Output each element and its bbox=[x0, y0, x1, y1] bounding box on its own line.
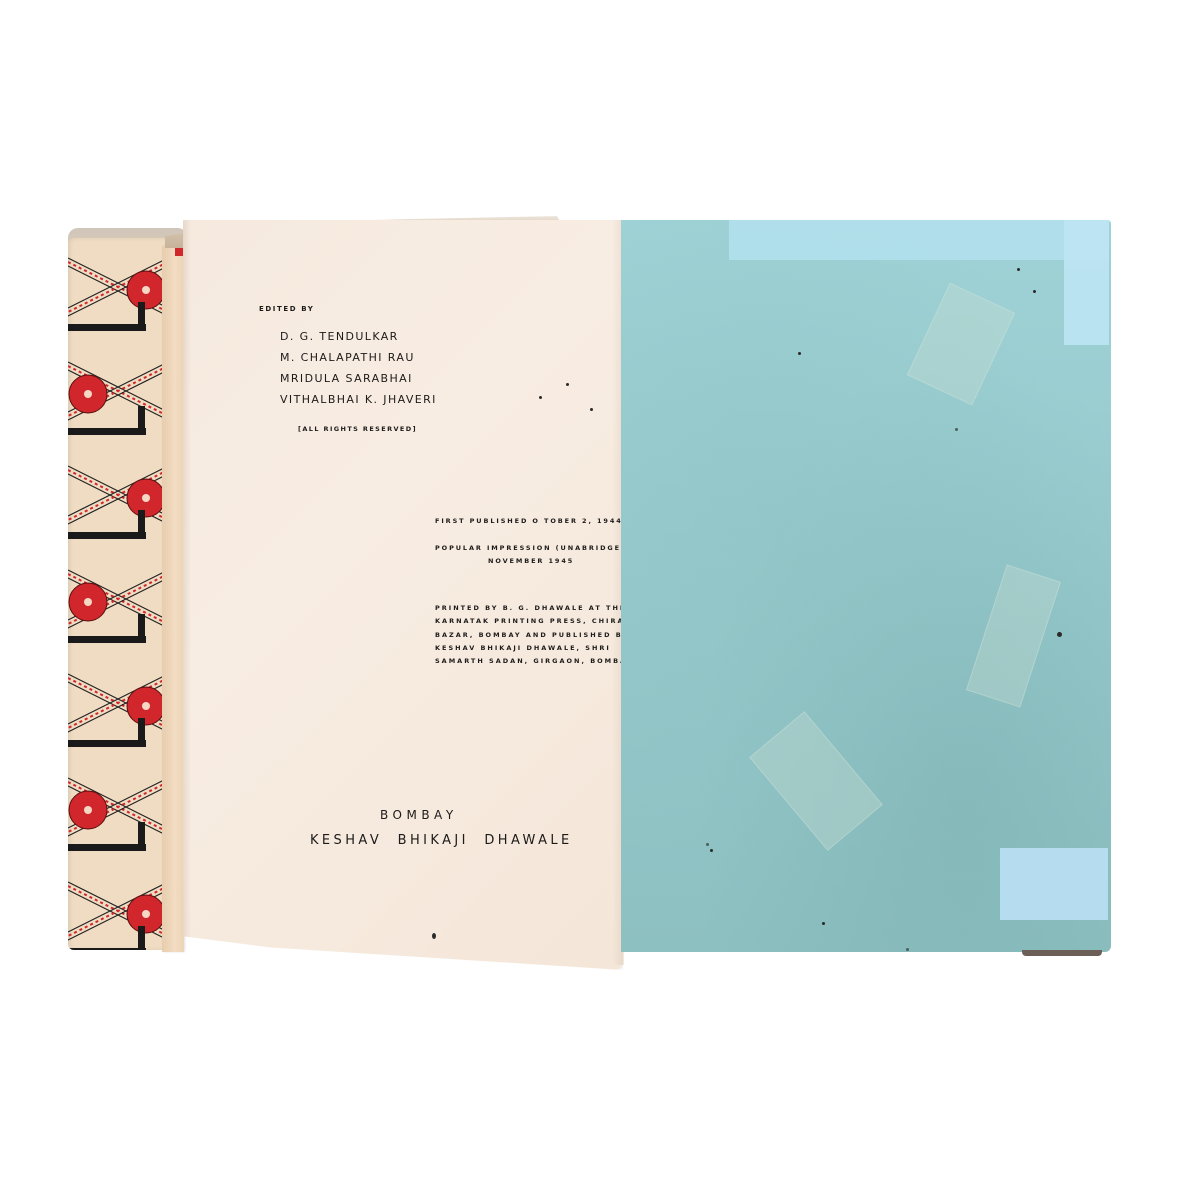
paper-speck bbox=[710, 849, 713, 852]
publisher-name: KESHAV BHIKAJI DHAWALE bbox=[310, 833, 573, 848]
paper-speck bbox=[1057, 632, 1062, 637]
publisher-city: BOMBAY bbox=[380, 808, 458, 822]
paper-speck bbox=[1017, 268, 1020, 271]
printer-line: BAZAR, BOMBAY AND PUBLISHED BY bbox=[435, 629, 644, 642]
spine-pattern bbox=[68, 238, 168, 950]
editor-name: D. G. TENDULKAR bbox=[280, 326, 437, 347]
paper-speck bbox=[1033, 290, 1036, 293]
editor-list: D. G. TENDULKAR M. CHALAPATHI RAU MRIDUL… bbox=[280, 326, 437, 410]
editor-name: M. CHALAPATHI RAU bbox=[280, 347, 437, 368]
paper-speck bbox=[590, 408, 593, 411]
page-crease bbox=[183, 220, 191, 970]
paper-speck bbox=[955, 428, 958, 431]
first-published-line: FIRST PUBLISHED O TOBER 2, 1944 bbox=[435, 517, 623, 525]
popular-impression-date: NOVEMBER 1945 bbox=[488, 557, 574, 565]
paper-speck bbox=[432, 933, 436, 939]
printer-block: PRINTED BY B. G. DHAWALE AT THE KARNATAK… bbox=[435, 602, 644, 668]
paper-speck bbox=[539, 396, 542, 399]
printer-line: KARNATAK PRINTING PRESS, CHIRA bbox=[435, 615, 644, 628]
cover-board-edge bbox=[162, 246, 184, 952]
board-bottom-edge bbox=[1022, 950, 1102, 956]
paper-speck bbox=[822, 922, 825, 925]
paper-speck bbox=[906, 948, 909, 951]
edited-by-label: EDITED BY bbox=[259, 305, 314, 313]
book-photo: EDITED BY D. G. TENDULKAR M. CHALAPATHI … bbox=[0, 0, 1200, 1200]
editor-name: VITHALBHAI K. JHAVERI bbox=[280, 389, 437, 410]
tape-strip-top bbox=[729, 220, 1109, 260]
popular-impression-line: POPULAR IMPRESSION (UNABRIDGED) bbox=[435, 544, 633, 552]
printer-line: SAMARTH SADAN, GIRGAON, BOMBAY 4 bbox=[435, 655, 644, 668]
book-spine bbox=[68, 238, 168, 950]
paper-speck bbox=[706, 843, 709, 846]
rights-notice: [ALL RIGHTS RESERVED] bbox=[298, 425, 417, 433]
printer-line: PRINTED BY B. G. DHAWALE AT THE bbox=[435, 602, 644, 615]
tape-strip-right bbox=[1064, 220, 1109, 345]
paper-speck bbox=[566, 383, 569, 386]
tape-patch-bottom bbox=[1000, 848, 1108, 920]
printer-line: KESHAV BHIKAJI DHAWALE, SHRI bbox=[435, 642, 644, 655]
paper-speck bbox=[798, 352, 801, 355]
editor-name: MRIDULA SARABHAI bbox=[280, 368, 437, 389]
